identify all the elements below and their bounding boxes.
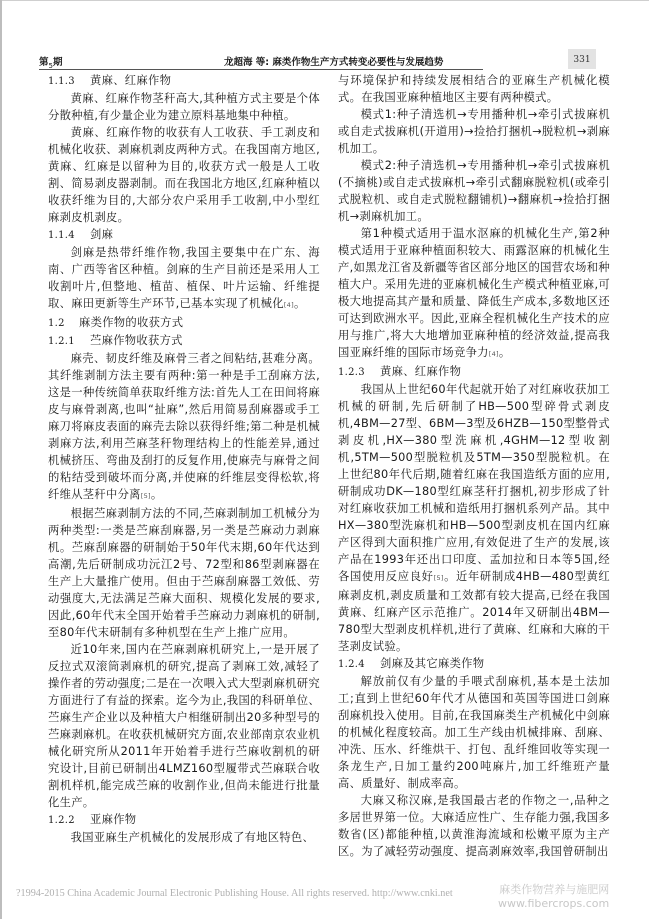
section-heading: 1.2.1苎麻作物收获方式 [48,332,320,350]
section-title: 剑麻 [90,228,113,241]
paragraph: 近10年来,国内在苎麻剥麻机研究上,一是开展了反拉式双滚筒剥麻机的研究,提高了剥… [48,641,320,811]
header-rule [39,69,483,70]
section-heading: 1.2麻类作物的收获方式 [48,314,320,332]
paragraph: 根据苎麻剥制方法的不同,苎麻剥制加工机械分为两种类型:一类是苎麻刮麻器,另一类是… [48,505,320,641]
issue-prefix: 第 [39,57,49,68]
copyright-footer: ?1994-2015 China Academic Journal Electr… [16,888,453,899]
section-heading: 1.1.3黄麻、红麻作物 [48,72,320,90]
paragraph: 大麻又称汉麻,是我国最古老的作物之一,品种之多居世界第一位。大麻适应性广、生存能… [338,792,610,860]
issue-suffix: 期 [53,57,63,68]
page-top-border [0,0,649,1]
section-number: 1.2.2 [48,812,90,829]
section-heading: 1.2.4剑麻及其它麻类作物 [338,655,610,673]
section-heading: 1.2.3黄麻、红麻作物 [338,363,610,381]
watermark-url: www.fibercrops.com [498,897,609,911]
paragraph: 我国从上世纪60年代起就开始了对红麻收获加工机械的研制,先后研制了HB—500型… [338,381,610,655]
paragraph-text: 第1种模式适用于温水沤麻的机械化生产,第2种模式适用于亚麻种植面积较大、雨露沤麻… [338,227,610,359]
citation-link[interactable]: [5] [141,492,151,500]
section-number: 1.2.4 [338,656,380,673]
section-title: 黄麻、红麻作物 [90,74,171,87]
paragraph: 黄麻、红麻作物茎秆高大,其种植方式主要是个体分散种植,有少量企业为建立原料基地集… [48,90,320,124]
paragraph: 剑麻是热带纤维作物,我国主要集中在广东、海南、广西等省区种植。剑麻的生产目前还是… [48,244,320,314]
running-header: 第5期 龙超海 等: 麻类作物生产方式转变必要性与发展趋势 [39,50,484,68]
section-number: 1.2 [48,315,79,332]
right-column: 与环境保护和持续发展相结合的亚麻生产机械化模式。在我国亚麻种植地区主要有两种模式… [338,72,610,860]
section-heading: 1.1.4剑麻 [48,226,320,244]
paragraph-end: 。 [294,297,306,310]
watermark-title: 麻类作物营养与施肥网 [498,883,609,897]
left-column: 1.1.3黄麻、红麻作物 黄麻、红麻作物茎秆高大,其种植方式主要是个体分散种植,… [48,72,320,846]
running-title: 龙超海 等: 麻类作物生产方式转变必要性与发展趋势 [224,54,443,68]
section-title: 麻类作物的收获方式 [79,316,183,329]
section-title: 剑麻及其它麻类作物 [380,657,484,670]
paragraph: 第1种模式适用于温水沤麻的机械化生产,第2种模式适用于亚麻种植面积较大、雨露沤麻… [338,225,610,363]
page-left-border [0,0,2,919]
paragraph: 解放前仅有少量的手喂式刮麻机,基本是土法加工;直到上世纪60年代才从德国和英国等… [338,673,610,792]
section-number: 1.1.3 [48,73,90,90]
section-title: 黄麻、红麻作物 [380,365,461,378]
paragraph: 麻壳、韧皮纤维及麻骨三者之间粘结,甚难分离。其纤维剥制方法主要有两种:第一种是手… [48,350,320,505]
section-number: 1.1.4 [48,227,90,244]
paragraph-end: 。 [499,346,511,359]
section-heading: 1.2.2亚麻作物 [48,811,320,829]
site-watermark: 麻类作物营养与施肥网 www.fibercrops.com [498,883,609,911]
paragraph-end: 。 [151,488,163,501]
paragraph-text: 剑麻是热带纤维作物,我国主要集中在广东、海南、广西等省区种植。剑麻的生产目前还是… [48,246,320,310]
paragraph-text: 麻壳、韧皮纤维及麻骨三者之间粘结,甚难分离。其纤维剥制方法主要有两种:第一种是手… [48,352,320,501]
paragraph: 我国亚麻生产机械化的发展形成了有地区特色、 [48,829,320,846]
citation-link[interactable]: [5] [434,574,444,582]
citation-link[interactable]: [4] [489,350,499,358]
paragraph: 与环境保护和持续发展相结合的亚麻生产机械化模式。在我国亚麻种植地区主要有两种模式… [338,72,610,106]
section-title: 亚麻作物 [90,813,136,826]
section-number: 1.2.1 [48,333,90,350]
mode-1-paragraph: 模式1:种子清选机→专用播种机→牵引式拔麻机或自走式拔麻机(开道用)→捡拾打捆机… [338,106,610,157]
section-number: 1.2.3 [338,364,380,381]
paragraph-text: 我国从上世纪60年代起就开始了对红麻收获加工机械的研制,先后研制了HB—500型… [338,383,610,583]
page-number: 331 [568,49,596,69]
issue-label: 第5期 [39,54,63,70]
paragraph: 黄麻、红麻作物的收获有人工收获、手工剥皮和机械化收获、剥麻机剥皮两种方式。在我国… [48,124,320,226]
mode-2-paragraph: 模式2:种子清选机→专用播种机→牵引式拔麻机(不摘桃)或自走式拔麻机→牵引式翻麻… [338,157,610,225]
citation-link[interactable]: [4] [284,301,294,309]
section-title: 苎麻作物收获方式 [90,334,183,347]
